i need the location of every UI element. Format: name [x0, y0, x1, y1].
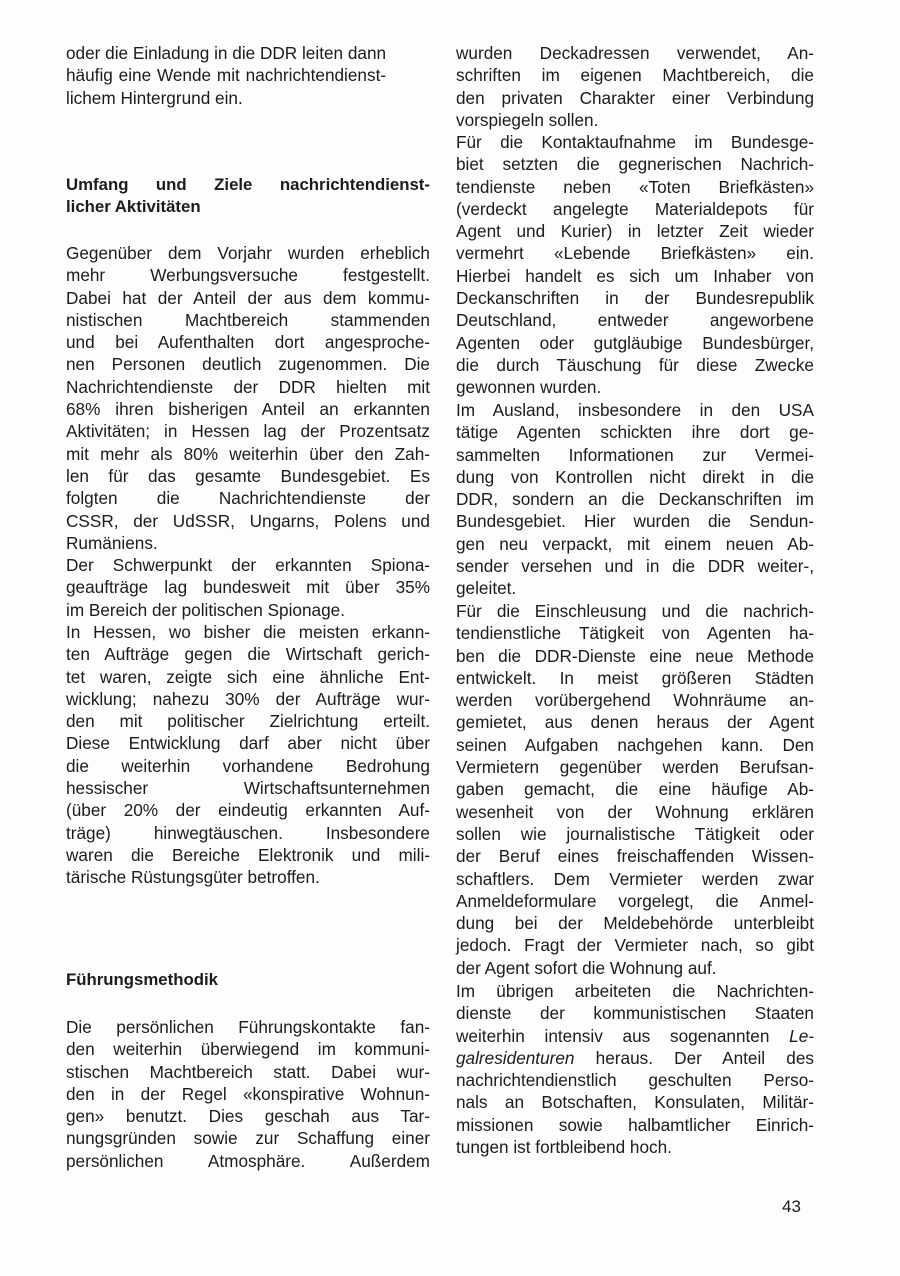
text-line: DDR, sondern an die Deckanschriften im — [456, 488, 814, 510]
text-line: ten Aufträge gegen die Wirtschaft gerich… — [66, 643, 430, 665]
text-line: waren die Bereiche Elektronik und mili- — [66, 844, 430, 866]
text-line: folgten die Nachrichtendienste der — [66, 487, 430, 509]
text-line: Bundesgebiet. Hier wurden die Sendun- — [456, 510, 814, 532]
text-line: biet setzten die gegnerischen Nachrich- — [456, 153, 814, 175]
text-line: dienste der kommunistischen Staaten — [456, 1002, 814, 1024]
text-line: sollen wie journalistische Tätigkeit ode… — [456, 823, 814, 845]
text-line-with-italic: galresidenturen heraus. Der Anteil des — [456, 1047, 814, 1069]
text-line: tet waren, zeigte sich eine ähnliche Ent… — [66, 666, 430, 688]
intro-paragraph: oder die Einladung in die DDR leiten dan… — [66, 42, 386, 109]
text-line: häufig eine Wende mit nachrichtendienst- — [66, 64, 386, 86]
text-line: len für das gesamte Bundesgebiet. Es — [66, 465, 430, 487]
section-heading-fuehrungsmethodik: Führungsmethodik — [66, 969, 430, 991]
text-line: In Hessen, wo bisher die meisten erkann- — [66, 621, 430, 643]
text-line: Anmeldeformulare vorgelegt, die Anmel- — [456, 890, 814, 912]
text-line: (verdeckt angelegte Materialdepots für — [456, 198, 814, 220]
text-line: nistischen Machtbereich stammenden — [66, 309, 430, 331]
italic-term: galresidenturen — [456, 1048, 574, 1068]
text-line: nals an Botschaften, Konsulaten, Militär… — [456, 1091, 814, 1113]
text-line: Im übrigen arbeiteten die Nachrichten- — [456, 980, 814, 1002]
right-paragraph-2: Für die Kontaktaufnahme im Bundesge- bie… — [456, 131, 814, 399]
italic-term: Le- — [789, 1026, 814, 1046]
right-paragraph-4: Für die Einschleusung und die nachrich- … — [456, 600, 814, 979]
text-line: gemietet, aus denen heraus der Agent — [456, 711, 814, 733]
text-line: missionen sowie halbamtlicher Einrich- — [456, 1114, 814, 1136]
text-line: persönlichen Atmosphäre. Außerdem — [66, 1150, 430, 1172]
text-line: tätige Agenten schickten ihre dort ge- — [456, 421, 814, 443]
text-line: sammelten Informationen zur Vermei- — [456, 444, 814, 466]
text-line: werden vorübergehend Wohnräume an- — [456, 689, 814, 711]
text-line: Gegenüber dem Vorjahr wurden erheblich — [66, 242, 430, 264]
text-line: träge) hinwegtäuschen. Insbesondere — [66, 822, 430, 844]
text-line: tendienste neben «Toten Briefkästen» — [456, 176, 814, 198]
section1-paragraph-2: Der Schwerpunkt der erkannten Spiona- ge… — [66, 554, 430, 621]
text-line: mehr Werbungsversuche festgestellt. — [66, 264, 430, 286]
text-line: Hierbei handelt es sich um Inhaber von — [456, 265, 814, 287]
text-line: den privaten Charakter einer Verbindung — [456, 87, 814, 109]
text-line: gewonnen wurden. — [456, 376, 814, 398]
text-line: lichem Hintergrund ein. — [66, 87, 386, 109]
text-line: Diese Entwicklung darf aber nicht über — [66, 732, 430, 754]
text-line: CSSR, der UdSSR, Ungarns, Polens und — [66, 510, 430, 532]
text-line: Der Schwerpunkt der erkannten Spiona- — [66, 554, 430, 576]
section-heading-umfang-und-ziele: Umfang und Ziele nachrichtendienst- lich… — [66, 174, 430, 219]
right-paragraph-3: Im Ausland, insbesondere in den USA täti… — [456, 399, 814, 600]
text-line: tendienstliche Tätigkeit von Agenten ha- — [456, 622, 814, 644]
text-line: mit mehr als 80% weiterhin über den Zah- — [66, 443, 430, 465]
text-line: dung bei der Meldebehörde unterbleibt — [456, 912, 814, 934]
text-line: oder die Einladung in die DDR leiten dan… — [66, 42, 386, 64]
heading-line: Umfang und Ziele nachrichtendienst- — [66, 174, 430, 196]
text-line: schriften im eigenen Machtbereich, die — [456, 64, 814, 86]
heading-line: licher Aktivitäten — [66, 196, 430, 218]
text-line: wurden Deckadressen verwendet, An- — [456, 42, 814, 64]
text-line: Nachrichtendienste der DDR hielten mit — [66, 376, 430, 398]
text-line: Deckanschriften in der Bundesrepublik — [456, 287, 814, 309]
text-line: den weiterhin überwiegend im kommuni- — [66, 1038, 430, 1060]
text-line: Für die Einschleusung und die nachrich- — [456, 600, 814, 622]
text-line: Für die Kontaktaufnahme im Bundesge- — [456, 131, 814, 153]
text-line-with-italic: weiterhin intensiv aus sogenannten Le- — [456, 1025, 814, 1047]
text-line: Agenten oder gutgläubige Bundesbürger, — [456, 332, 814, 354]
text-line: wicklung; nahezu 30% der Aufträge wur- — [66, 688, 430, 710]
text-line: wesenheit von der Wohnung erklären — [456, 801, 814, 823]
text-line: hessischer Wirtschaftsunternehmen — [66, 777, 430, 799]
text-line: stischen Machtbereich statt. Dabei wur- — [66, 1061, 430, 1083]
text-line: jedoch. Fragt der Vermieter nach, so gib… — [456, 934, 814, 956]
document-page: oder die Einladung in die DDR leiten dan… — [0, 0, 900, 1276]
text-line: gen» benutzt. Dies geschah aus Tar- — [66, 1105, 430, 1127]
text-line: den in der Regel «konspirative Wohnun- — [66, 1083, 430, 1105]
text-segment: weiterhin intensiv aus sogenannten — [456, 1026, 789, 1046]
text-line: nungsgründen sowie zur Schaffung einer — [66, 1127, 430, 1149]
section2-paragraph-1: Die persönlichen Führungskontakte fan- d… — [66, 1016, 430, 1172]
right-paragraph-5: Im übrigen arbeiteten die Nachrichten- d… — [456, 980, 814, 1158]
text-line: geaufträge lag bundesweit mit über 35% — [66, 576, 430, 598]
text-line: Die persönlichen Führungskontakte fan- — [66, 1016, 430, 1038]
text-line: vorspiegeln sollen. — [456, 109, 814, 131]
text-line: den mit politischer Zielrichtung erteilt… — [66, 710, 430, 732]
text-line: und bei Aufenthalten dort angesproche- — [66, 331, 430, 353]
text-line: Vermietern gegenüber werden Berufsan- — [456, 756, 814, 778]
text-line: Rumäniens. — [66, 532, 430, 554]
section1-paragraph-1: Gegenüber dem Vorjahr wurden erheblich m… — [66, 242, 430, 554]
text-line: geleitet. — [456, 577, 814, 599]
text-line: die durch Täuschung für diese Zwecke — [456, 354, 814, 376]
text-line: entwickelt. In meist größeren Städten — [456, 667, 814, 689]
text-line: Deutschland, entweder angeworbene — [456, 309, 814, 331]
text-segment: heraus. Der Anteil des — [574, 1048, 814, 1068]
text-line: seinen Aufgaben nachgehen kann. Den — [456, 734, 814, 756]
text-line: gaben gemacht, die eine häufige Ab- — [456, 778, 814, 800]
text-line: Aktivitäten; in Hessen lag der Prozentsa… — [66, 420, 430, 442]
text-line: ben die DDR-Dienste eine neue Methode — [456, 645, 814, 667]
text-line: Agent und Kurier) in letzter Zeit wieder — [456, 220, 814, 242]
text-line: gen neu verpackt, mit einem neuen Ab- — [456, 533, 814, 555]
text-line: der Agent sofort die Wohnung auf. — [456, 957, 814, 979]
text-line: tungen ist fortbleibend hoch. — [456, 1136, 814, 1158]
text-line: tärische Rüstungsgüter betroffen. — [66, 866, 430, 888]
text-line: im Bereich der politischen Spionage. — [66, 599, 430, 621]
text-line: nen Personen deutlich zugenommen. Die — [66, 353, 430, 375]
text-line: schaftlers. Dem Vermieter werden zwar — [456, 868, 814, 890]
section1-paragraph-3: In Hessen, wo bisher die meisten erkann-… — [66, 621, 430, 889]
text-line: dung von Kontrollen nicht direkt in die — [456, 466, 814, 488]
text-line: Dabei hat der Anteil der aus dem kommu- — [66, 287, 430, 309]
text-line: 68% ihren bisherigen Anteil an erkannten — [66, 398, 430, 420]
text-line: nachrichtendienstlich geschulten Perso- — [456, 1069, 814, 1091]
heading-line: Führungsmethodik — [66, 969, 430, 991]
text-line: Im Ausland, insbesondere in den USA — [456, 399, 814, 421]
text-line: sender versehen und in die DDR weiter-, — [456, 555, 814, 577]
page-number: 43 — [782, 1197, 801, 1217]
text-line: die weiterhin vorhandene Bedrohung — [66, 755, 430, 777]
right-paragraph-1: wurden Deckadressen verwendet, An- schri… — [456, 42, 814, 131]
text-line: der Beruf eines freischaffenden Wissen- — [456, 845, 814, 867]
text-line: (über 20% der eindeutig erkannten Auf- — [66, 799, 430, 821]
text-line: vermehrt «Lebende Briefkästen» ein. — [456, 242, 814, 264]
